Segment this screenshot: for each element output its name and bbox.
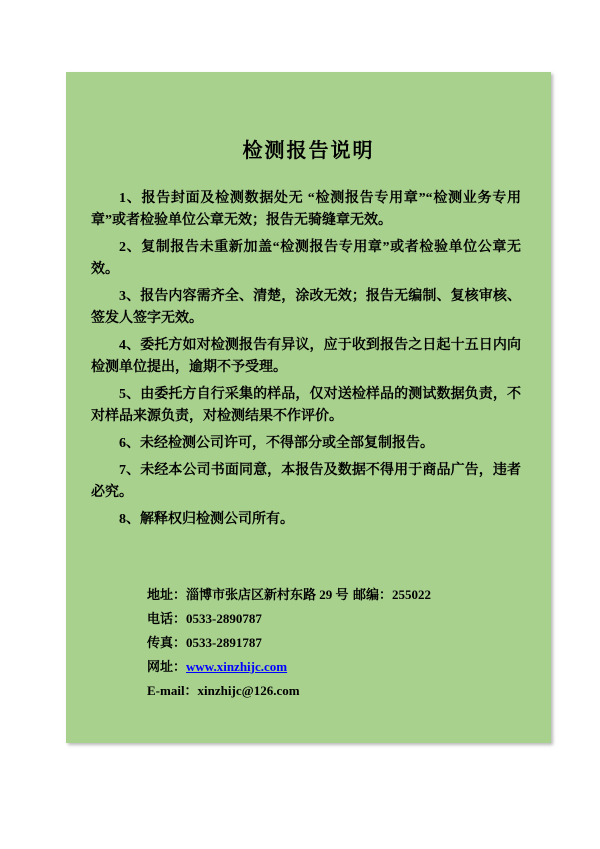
note-paragraph-4: 4、委托方如对检测报告有异议，应于收到报告之日起十五日内向检测单位提出，逾期不予… (91, 335, 521, 379)
note-paragraph-6: 6、未经检测公司许可，不得部分或全部复制报告。 (91, 433, 521, 455)
screenshot-canvas: 检测报告说明 1、报告封面及检测数据处无 “检测报告专用章”“检测业务专用章”或… (0, 0, 600, 849)
note-paragraph-3: 3、报告内容需齐全、清楚，涂改无效；报告无编制、复核审核、签发人签字无效。 (91, 286, 521, 330)
fax-row: 传真：0533-2891787 (147, 631, 531, 655)
website-row: 网址：www.xinzhijc.com (147, 655, 531, 679)
email-text: E-mail：xinzhijc@126.com (147, 683, 300, 698)
report-note-page: 检测报告说明 1、报告封面及检测数据处无 “检测报告专用章”“检测业务专用章”或… (66, 72, 551, 743)
report-notes-section: 1、报告封面及检测数据处无 “检测报告专用章”“检测业务专用章”或者检验单位公章… (91, 188, 521, 531)
email-row: E-mail：xinzhijc@126.com (147, 679, 531, 703)
fax-text: 传真：0533-2891787 (147, 635, 262, 650)
page-title: 检测报告说明 (66, 134, 551, 163)
note-paragraph-5: 5、由委托方自行采集的样品，仅对送检样品的测试数据负责，不对样品来源负责，对检测… (91, 384, 521, 428)
phone-row: 电话：0533-2890787 (147, 607, 531, 631)
phone-text: 电话：0533-2890787 (147, 611, 262, 626)
website-label: 网址： (147, 659, 186, 674)
note-paragraph-2: 2、复制报告未重新加盖“检测报告专用章”或者检验单位公章无效。 (91, 237, 521, 281)
contact-info-section: 地址：淄博市张店区新村东路 29 号 邮编：255022 电话：0533-289… (147, 583, 531, 703)
postal-code-text: 邮编：255022 (353, 583, 431, 607)
note-paragraph-8: 8、解释权归检测公司所有。 (91, 509, 521, 531)
address-row: 地址：淄博市张店区新村东路 29 号 邮编：255022 (147, 583, 531, 607)
website-link[interactable]: www.xinzhijc.com (186, 659, 287, 674)
address-text: 地址：淄博市张店区新村东路 29 号 (147, 587, 349, 602)
note-paragraph-1: 1、报告封面及检测数据处无 “检测报告专用章”“检测业务专用章”或者检验单位公章… (91, 188, 521, 232)
note-paragraph-7: 7、未经本公司书面同意，本报告及数据不得用于商品广告，违者必究。 (91, 460, 521, 504)
